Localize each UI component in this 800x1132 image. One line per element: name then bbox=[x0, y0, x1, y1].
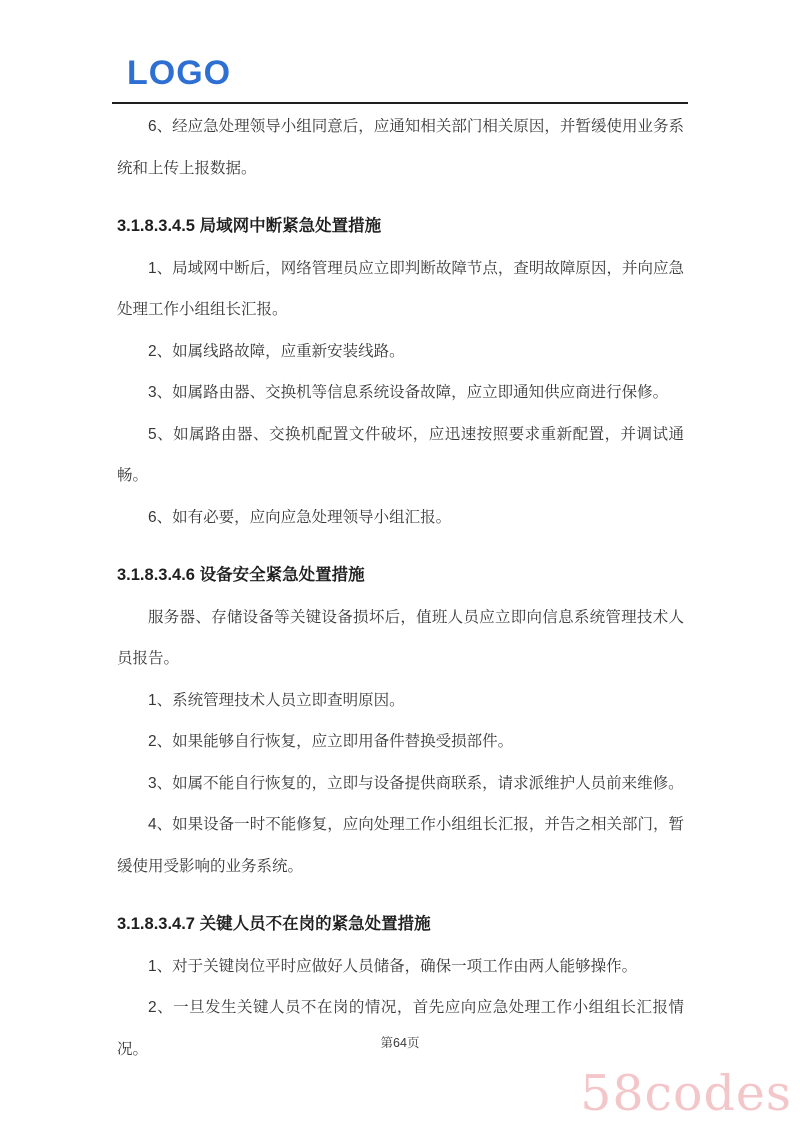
body-paragraph: 1、对于关键岗位平时应做好人员储备，确保一项工作由两人能够操作。 bbox=[117, 946, 684, 988]
body-paragraph: 1、系统管理技术人员立即查明原因。 bbox=[117, 680, 684, 722]
section-heading: 3.1.8.3.4.7 关键人员不在岗的紧急处置措施 bbox=[117, 904, 684, 946]
body-paragraph: 3、如属不能自行恢复的，立即与设备提供商联系，请求派维护人员前来维修。 bbox=[117, 763, 684, 805]
page-header: LOGO bbox=[0, 0, 800, 102]
company-logo: LOGO bbox=[127, 56, 231, 90]
body-paragraph: 6、经应急处理领导小组同意后，应通知相关部门相关原因，并暂缓使用业务系统和上传上… bbox=[117, 106, 684, 189]
body-paragraph: 2、如属线路故障，应重新安装线路。 bbox=[117, 331, 684, 373]
document-page: LOGO 6、经应急处理领导小组同意后，应通知相关部门相关原因，并暂缓使用业务系… bbox=[0, 0, 800, 1132]
watermark-text: 58codes bbox=[580, 1068, 792, 1120]
body-paragraph: 4、如果设备一时不能修复，应向处理工作小组组长汇报，并告之相关部门，暂缓使用受影… bbox=[117, 804, 684, 887]
document-body: 6、经应急处理领导小组同意后，应通知相关部门相关原因，并暂缓使用业务系统和上传上… bbox=[117, 106, 684, 1070]
header-divider bbox=[112, 102, 688, 104]
body-paragraph: 2、如果能够自行恢复，应立即用备件替换受损部件。 bbox=[117, 721, 684, 763]
body-paragraph: 6、如有必要，应向应急处理领导小组汇报。 bbox=[117, 497, 684, 539]
body-paragraph: 1、局域网中断后，网络管理员应立即判断故障节点，查明故障原因，并向应急处理工作小… bbox=[117, 248, 684, 331]
section-heading: 3.1.8.3.4.6 设备安全紧急处置措施 bbox=[117, 555, 684, 597]
body-paragraph: 3、如属路由器、交换机等信息系统设备故障，应立即通知供应商进行保修。 bbox=[117, 372, 684, 414]
page-number: 第64页 bbox=[0, 1033, 800, 1051]
body-paragraph: 2、一旦发生关键人员不在岗的情况，首先应向应急处理工作小组组长汇报情况。 bbox=[117, 987, 684, 1070]
body-paragraph: 服务器、存储设备等关键设备损坏后，值班人员应立即向信息系统管理技术人员报告。 bbox=[117, 597, 684, 680]
section-heading: 3.1.8.3.4.5 局域网中断紧急处置措施 bbox=[117, 206, 684, 248]
body-paragraph: 5、如属路由器、交换机配置文件破坏，应迅速按照要求重新配置，并调试通畅。 bbox=[117, 414, 684, 497]
